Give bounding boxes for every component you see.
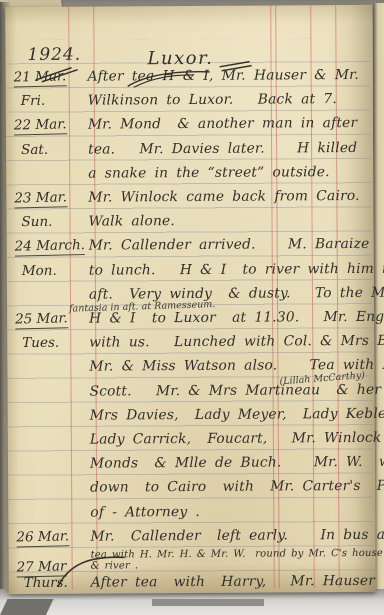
diary-line: 22 Mar. Mr. Mond & another man in after (10, 115, 359, 141)
diary-line: Mon. to lunch. H & I to river with him i… (11, 261, 360, 287)
entry-date: 23 Mar. (14, 189, 67, 208)
diary-line: Thurs. After tea with Harry, Mr. Hauser … (13, 573, 362, 599)
diary-line: a snake in the “street” outside. (10, 164, 359, 190)
diary-line: 24 March. Mr. Callender arrived. M. Bara… (11, 236, 360, 262)
diary-line: Sun. Walk alone. (10, 212, 359, 238)
entry-text: & river . (91, 559, 362, 572)
diary-line: Fri. Wilkinson to Luxor. Back at 7. (10, 91, 359, 117)
entry-text: with us. Lunched with Col. & Mrs Burges. (89, 333, 360, 351)
entry-day: Tues. (15, 335, 94, 351)
entry-text: Lady Carrick, Foucart, Mr. Winlock , (90, 430, 361, 448)
entry-text: Mr. Callender left early. In bus after (90, 527, 361, 545)
diary-line: of - Attorney . (12, 503, 361, 529)
diary-line: Monds & Mlle de Buch. Mr. W. went (12, 454, 361, 480)
scan-background-bar (152, 599, 264, 606)
entry-text: Mr. Callender arrived. M. Baraize (89, 236, 360, 254)
entry-text: a snake in the “street” outside. (88, 164, 359, 182)
entry-date: 21 Mar. (13, 68, 66, 87)
diary-line: Tues. with us. Lunched with Col. & Mrs B… (11, 333, 360, 359)
entry-text: down to Cairo with Mr. Carter's Power- (90, 478, 361, 496)
entry-day: Mon. (15, 262, 94, 278)
entry-day: Fri. (14, 93, 93, 109)
diary-page: 1924. Luxor. 21 Mar. After tea H & I, Mr… (5, 5, 376, 594)
diary-line: Sat. tea. Mr. Davies later. H killed (10, 140, 359, 166)
entry-text: Wilkinson to Luxor. Back at 7. (88, 91, 359, 109)
diary-line: down to Cairo with Mr. Carter's Power- (12, 478, 361, 504)
entry-date: 25 Mar. (15, 310, 68, 329)
entry-text: Mr. Mond & another man in after (88, 115, 359, 133)
entry-text: to lunch. H & I to river with him in (89, 261, 360, 279)
entry-text: Mr. Winlock came back from Cairo. (88, 188, 359, 206)
diary-line: Mrs Davies, Lady Meyer, Lady Keble, & (12, 406, 361, 432)
entry-date: 24 March. (14, 237, 85, 257)
entry-text: After tea with Harry, Mr. Hauser & (91, 573, 362, 591)
entry-day: Sun. (14, 214, 93, 230)
diary-line: 21 Mar. After tea H & I, Mr. Hauser & Mr… (10, 67, 359, 93)
entry-date: 22 Mar. (14, 117, 67, 136)
entry-date: 26 Mar. (16, 528, 69, 547)
diary-line: 23 Mar. Mr. Winlock came back from Cairo… (10, 188, 359, 214)
entry-day: Sat. (14, 141, 93, 157)
entry-text: of - Attorney . (90, 503, 361, 521)
diary-line: 25 Mar. H & I to Luxor at 11.30. Mr. Eng… (11, 309, 360, 335)
entry-day: Thurs. (17, 575, 96, 591)
page-year: 1924. (27, 45, 81, 65)
scan-background-shadow (0, 599, 53, 615)
entry-text: Monds & Mlle de Buch. Mr. W. went (90, 454, 361, 472)
scanned-diary-photo: 1924. Luxor. 21 Mar. After tea H & I, Mr… (0, 0, 384, 615)
entry-text: Walk alone. (88, 212, 359, 230)
entry-text: aft. Very windy & dusty. To the Mond's (89, 285, 360, 303)
entry-text: Mrs Davies, Lady Meyer, Lady Keble, & (90, 406, 361, 424)
entry-text: H & I to Luxor at 11.30. Mr. Engelbach (89, 309, 360, 327)
diary-line: Scott. Mr. & Mrs Martineau & her son, (L… (12, 382, 361, 408)
entry-text: tea. Mr. Davies later. H killed (88, 140, 359, 158)
diary-line: aft. Very windy & dusty. To the Mond's f… (11, 285, 360, 311)
diary-line: Lady Carrick, Foucart, Mr. Winlock , (12, 430, 361, 456)
entry-text: After tea H & I, Mr. Hauser & Mr. (88, 67, 359, 85)
